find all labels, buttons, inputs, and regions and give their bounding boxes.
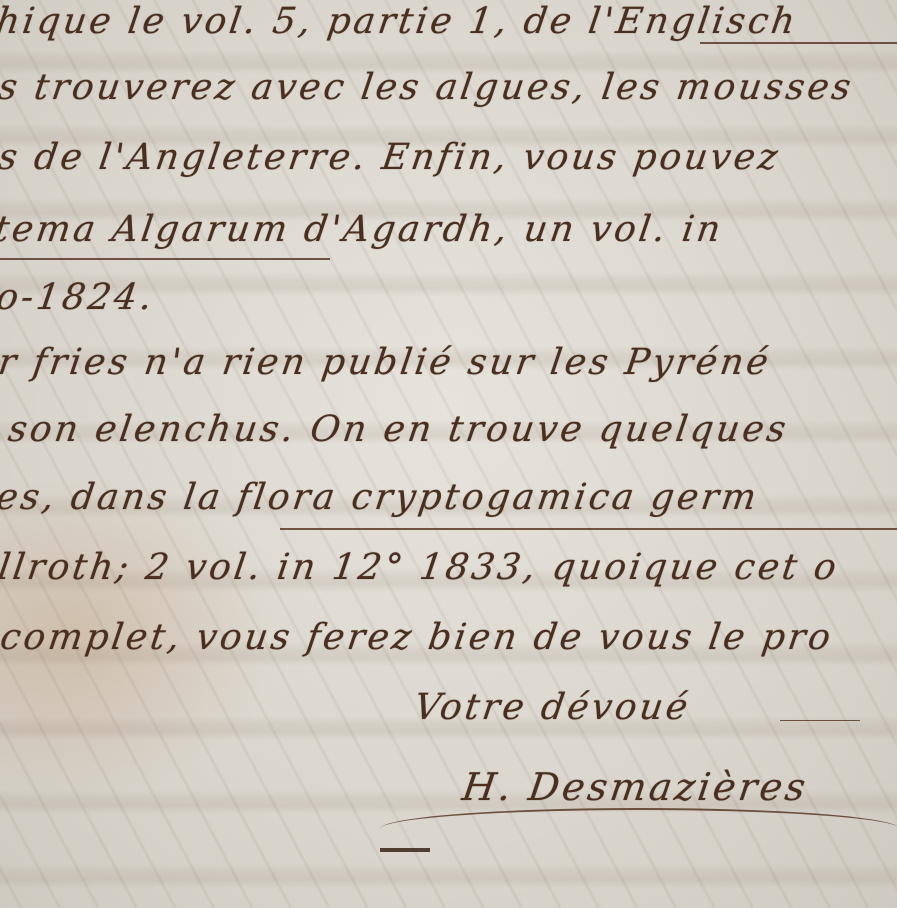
letter-line-5: o-1824.	[0, 280, 157, 316]
underline-systema-algarum	[0, 258, 330, 260]
letter-line-9: llroth; 2 vol. in 12° 1833, quoique cet …	[0, 550, 841, 586]
letter-page: hique le vol. 5, partie 1, de l'Englisch…	[0, 0, 897, 908]
closing-dash	[780, 720, 860, 721]
underline-englisch	[700, 42, 897, 44]
signature-flourish	[380, 808, 897, 850]
letter-signature: H. Desmazières	[460, 768, 811, 806]
letter-line-3: s de l'Angleterre. Enfin, vous pouvez	[0, 140, 783, 176]
letter-line-8: es, dans la flora cryptogamica germ	[0, 480, 761, 516]
letter-line-1: hique le vol. 5, partie 1, de l'Englisch	[0, 4, 800, 40]
signature-flourish-tail	[380, 848, 430, 852]
underline-flora-cryptogamica	[280, 528, 897, 530]
letter-line-4: tema Algarum d'Agardh, un vol. in	[0, 212, 726, 248]
letter-closing: Votre dévoué	[412, 690, 693, 726]
letter-line-6: r fries n'a rien publié sur les Pyréné	[0, 345, 773, 381]
letter-line-2: s trouverez avec les algues, les mousses	[0, 70, 856, 106]
letter-line-10: complet, vous ferez bien de vous le pro	[0, 620, 836, 656]
letter-line-7: son elenchus. On en trouve quelques	[6, 412, 791, 448]
